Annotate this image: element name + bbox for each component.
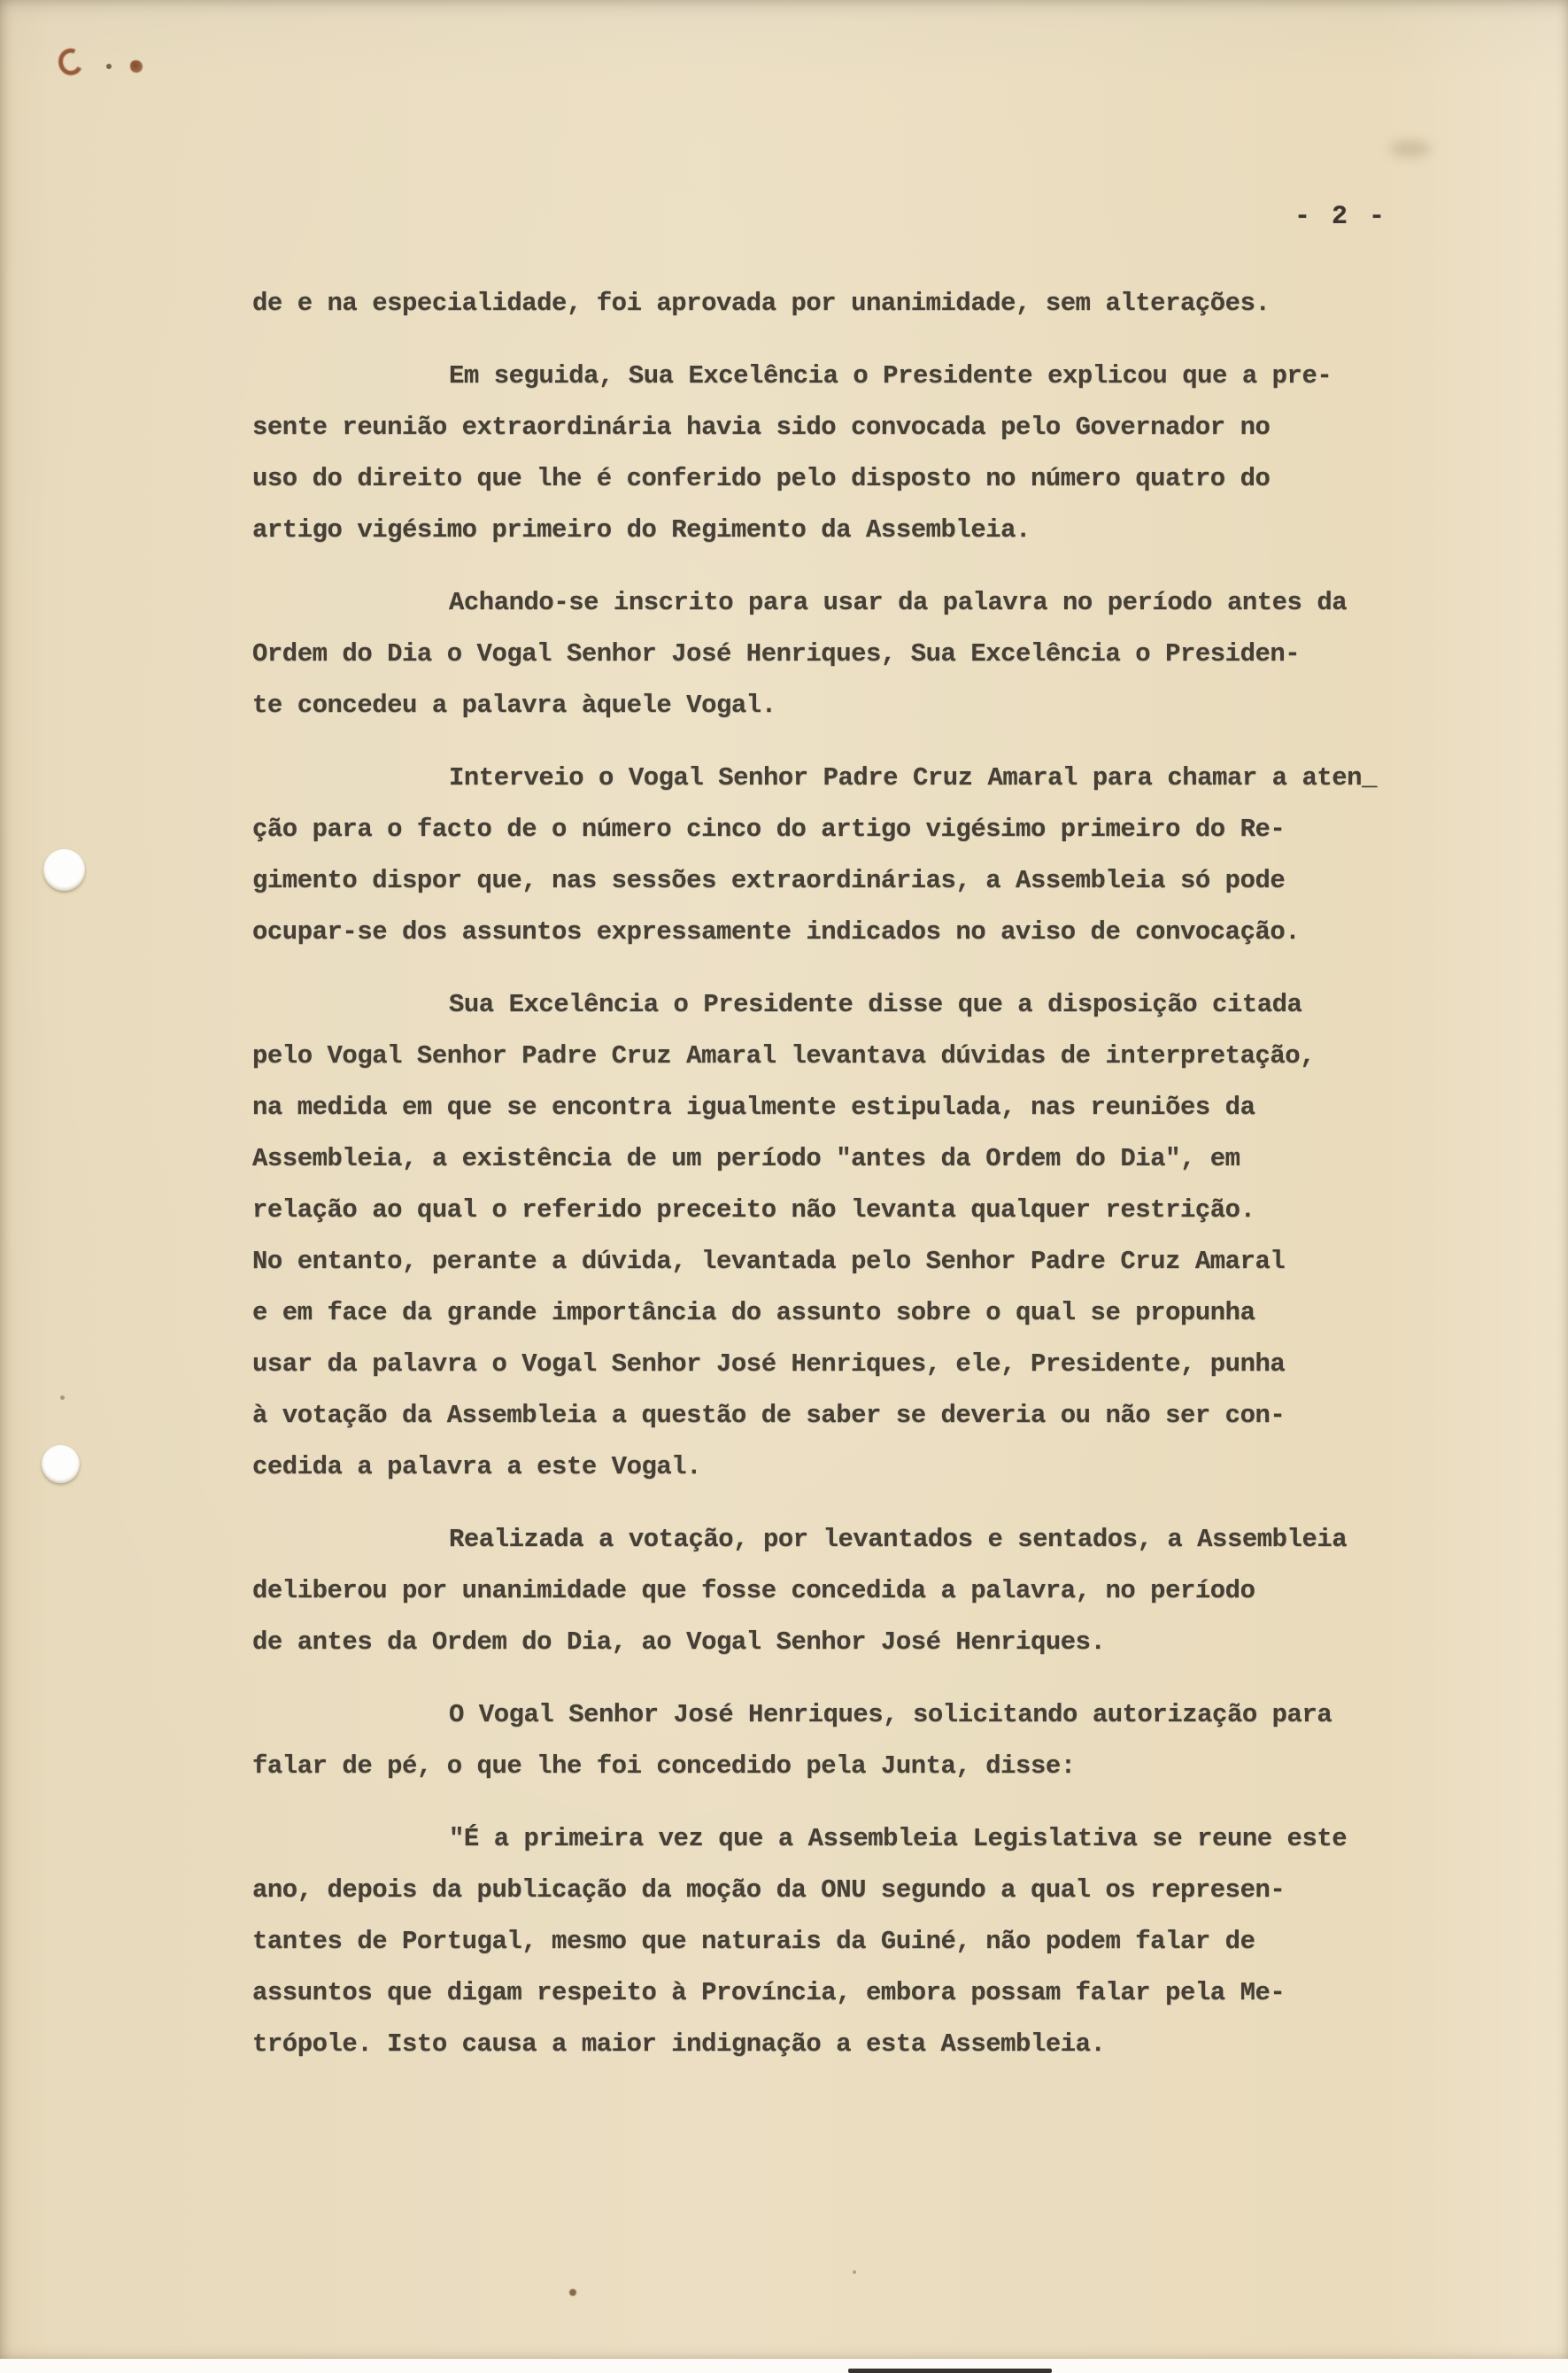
paragraph: O Vogal Senhor José Henriques, solicitan… bbox=[252, 1689, 1377, 1792]
paper-sheet: - 2 - de e na especialidade, foi aprovad… bbox=[0, 0, 1568, 2359]
paper-speck bbox=[569, 2289, 576, 2296]
handwritten-mark-icon bbox=[55, 46, 86, 79]
paragraph: Realizada a votação, por levantados e se… bbox=[252, 1514, 1377, 1668]
text-line: ano, depois da publicação da moção da ON… bbox=[252, 1865, 1377, 1916]
text-line: "É a primeira vez que a Assembleia Legis… bbox=[252, 1813, 1377, 1865]
paragraph: Interveio o Vogal Senhor Padre Cruz Amar… bbox=[252, 753, 1377, 958]
text-line: gimento dispor que, nas sessões extraord… bbox=[252, 855, 1377, 907]
paragraph: de e na especialidade, foi aprovada por … bbox=[252, 278, 1377, 329]
text-line: na medida em que se encontra igualmente … bbox=[252, 1082, 1377, 1133]
text-line: à votação da Assembleia a questão de sab… bbox=[252, 1390, 1377, 1442]
paragraph: Sua Excelência o Presidente disse que a … bbox=[252, 979, 1377, 1493]
page-number: - 2 - bbox=[1294, 202, 1387, 232]
text-line: O Vogal Senhor José Henriques, solicitan… bbox=[252, 1689, 1377, 1741]
text-line: cedida a palavra a este Vogal. bbox=[252, 1442, 1377, 1493]
text-line: ção para o facto de o número cinco do ar… bbox=[252, 804, 1377, 855]
text-line: Assembleia, a existência de um período "… bbox=[252, 1133, 1377, 1185]
text-line: ocupar-se dos assuntos expressamente ind… bbox=[252, 907, 1377, 958]
text-line: falar de pé, o que lhe foi concedido pel… bbox=[252, 1741, 1377, 1792]
text-line: de antes da Ordem do Dia, ao Vogal Senho… bbox=[252, 1617, 1377, 1668]
text-line: Achando-se inscrito para usar da palavra… bbox=[252, 577, 1377, 629]
paper-speck bbox=[853, 2270, 856, 2274]
text-line: pelo Vogal Senhor Padre Cruz Amaral leva… bbox=[252, 1031, 1377, 1082]
text-line: de e na especialidade, foi aprovada por … bbox=[252, 278, 1377, 329]
scanned-page: - 2 - de e na especialidade, foi aprovad… bbox=[0, 0, 1568, 2373]
text-line: trópole. Isto causa a maior indignação a… bbox=[252, 2019, 1377, 2070]
text-line: artigo vigésimo primeiro do Regimento da… bbox=[252, 505, 1377, 556]
text-line: deliberou por unanimidade que fosse conc… bbox=[252, 1565, 1377, 1617]
scan-edge-artifact bbox=[848, 2369, 1052, 2373]
paragraph: Em seguida, Sua Excelência o Presidente … bbox=[252, 351, 1377, 556]
text-line: Sua Excelência o Presidente disse que a … bbox=[252, 979, 1377, 1031]
text-line: te concedeu a palavra àquele Vogal. bbox=[252, 680, 1377, 731]
paragraph: Achando-se inscrito para usar da palavra… bbox=[252, 577, 1377, 731]
text-line: tantes de Portugal, mesmo que naturais d… bbox=[252, 1916, 1377, 1967]
text-line: uso do direito que lhe é conferido pelo … bbox=[252, 453, 1377, 505]
text-line: No entanto, perante a dúvida, levantada … bbox=[252, 1236, 1377, 1287]
text-line: sente reunião extraordinária havia sido … bbox=[252, 402, 1377, 453]
paragraph: "É a primeira vez que a Assembleia Legis… bbox=[252, 1813, 1377, 2070]
text-line: Realizada a votação, por levantados e se… bbox=[252, 1514, 1377, 1565]
text-line: relação ao qual o referido preceito não … bbox=[252, 1185, 1377, 1236]
ink-speck-icon bbox=[106, 64, 112, 69]
ink-blob-icon bbox=[130, 60, 143, 73]
text-line: e em face da grande importância do assun… bbox=[252, 1287, 1377, 1339]
text-line: Interveio o Vogal Senhor Padre Cruz Amar… bbox=[252, 753, 1377, 804]
text-line: assuntos que digam respeito à Província,… bbox=[252, 1967, 1377, 2019]
text-line: Em seguida, Sua Excelência o Presidente … bbox=[252, 351, 1377, 402]
document-text: de e na especialidade, foi aprovada por … bbox=[252, 278, 1377, 2091]
scanner-background bbox=[0, 2359, 1568, 2373]
punch-hole-bottom bbox=[42, 1445, 80, 1483]
paper-speck bbox=[60, 1395, 65, 1400]
paper-smudge bbox=[1390, 140, 1431, 158]
punch-hole-top bbox=[43, 849, 85, 891]
text-line: usar da palavra o Vogal Senhor José Henr… bbox=[252, 1339, 1377, 1390]
text-line: Ordem do Dia o Vogal Senhor José Henriqu… bbox=[252, 629, 1377, 680]
